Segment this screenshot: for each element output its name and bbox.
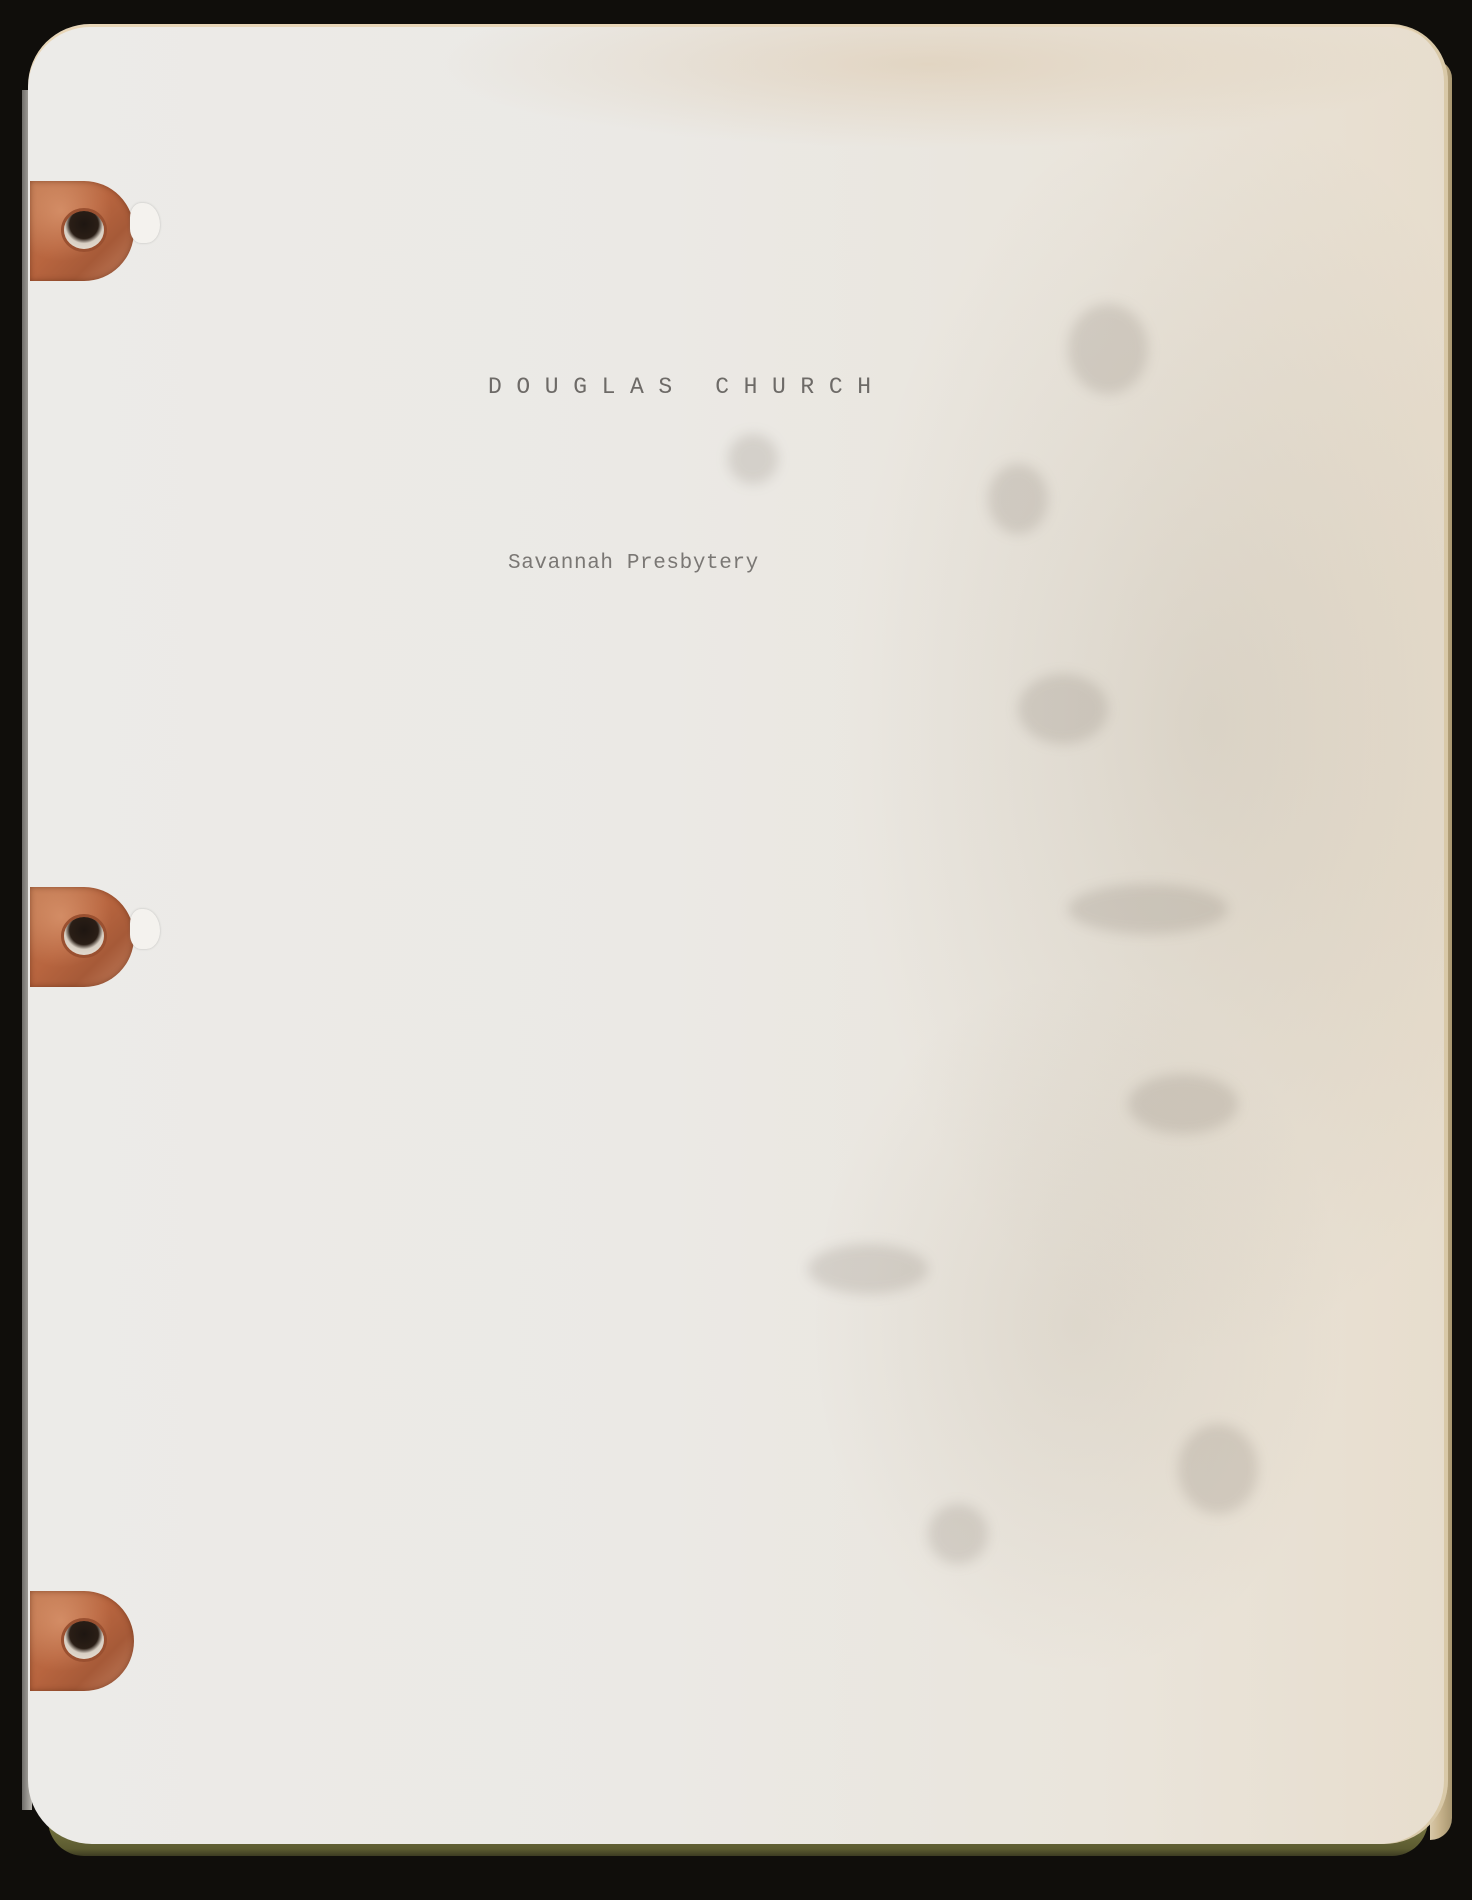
smudge: [1018, 674, 1108, 744]
copper-eyelet-icon: [30, 1591, 134, 1691]
smudge: [808, 1244, 928, 1294]
document-title: DOUGLAS CHURCH: [488, 374, 886, 400]
scanned-document: DOUGLAS CHURCH Savannah Presbytery: [0, 0, 1472, 1900]
smudge: [1178, 1424, 1258, 1514]
copper-eyelet-icon: [30, 887, 134, 987]
paper-tear: [130, 203, 160, 243]
eyelet-hole: [64, 1621, 104, 1659]
smudge: [1068, 304, 1148, 394]
paper-tear: [130, 909, 160, 949]
smudge: [1068, 884, 1228, 934]
copper-eyelet-icon: [30, 181, 134, 281]
cover-page: DOUGLAS CHURCH Savannah Presbytery: [28, 24, 1448, 1844]
smudge: [1128, 1074, 1238, 1134]
smudge: [728, 434, 778, 484]
document-subtitle: Savannah Presbytery: [508, 552, 759, 575]
smudge: [928, 1504, 988, 1564]
eyelet-hole: [64, 211, 104, 249]
eyelet-hole: [64, 917, 104, 955]
smudge: [988, 464, 1048, 534]
